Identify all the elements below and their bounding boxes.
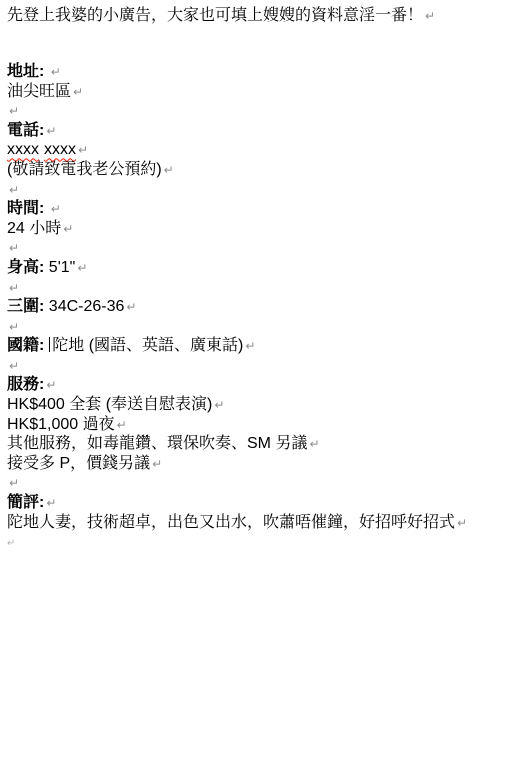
final-mark-line: ↵ [7,532,503,552]
hours-value: 24 小時 [7,220,61,237]
address-value-line: 油尖旺區↵ [7,82,503,102]
nationality-line: 國籍: 陀地 (國語、英語、廣東話)↵ [7,336,503,356]
nationality-label: 國籍: [7,337,49,354]
hours-label: 時間: [7,200,49,217]
height-value: 5'1" [44,259,75,276]
service-item-line: 其他服務，如毒龍鑽、環保吹奏、SM 另議↵ [7,434,503,454]
review-text: 陀地人妻，技術超卓，出色又出水，吹蕭唔催鐘，好招呼好招式 [7,514,455,531]
paragraph-mark: ↵ [9,320,19,334]
paragraph-mark: ↵ [126,300,136,314]
paragraph-mark: ↵ [309,437,319,451]
paragraph-mark: ↵ [117,418,127,432]
paragraph-mark: ↵ [77,261,87,275]
blank-line: ↵ [7,238,503,258]
paragraph-mark: ↵ [152,457,162,471]
document-page[interactable]: ↵ 先登上我婆的小廣告，大家也可填上嫂嫂的資料意淫一番！↵ 地址: ↵ 油尖旺區… [0,0,511,766]
top-clipped-paragraph-mark: ↵ [8,0,18,4]
paragraph-mark: ↵ [9,183,19,197]
paragraph-mark: ↵ [46,378,56,392]
misspelled-word: xxxx [44,141,76,158]
paragraph-mark: ↵ [51,202,61,216]
paragraph-mark: ↵ [9,359,19,373]
blank-line: ↵ [7,101,503,121]
measurements-value: 34C-26-36 [44,298,124,315]
paragraph-mark: ↵ [9,281,19,295]
paragraph-mark: ↵ [245,339,255,353]
paragraph-mark: ↵ [214,398,224,412]
paragraph-mark: ↵ [46,124,56,138]
phone-label-line: 電話:↵ [7,121,503,141]
paragraph-mark: ↵ [51,65,61,79]
service-item-line: 接受多 P，價錢另議↵ [7,454,503,474]
service-item: HK$1,000 過夜 [7,416,115,433]
misspelled-word: xxxx [7,141,39,158]
paragraph-mark: ↵ [78,143,88,157]
address-label-line: 地址: ↵ [7,62,503,82]
paragraph-mark: ↵ [46,496,56,510]
blank-line: ↵ [7,356,503,376]
address-label: 地址: [7,63,49,80]
intro-text: 先登上我婆的小廣告，大家也可填上嫂嫂的資料意淫一番！ [7,7,423,24]
address-value: 油尖旺區 [7,83,71,100]
blank-line: ↵ [7,180,503,200]
text-cursor [49,337,51,352]
paragraph-mark: ↵ [63,222,73,236]
final-paragraph-mark: ↵ [7,538,15,549]
intro-line: 先登上我婆的小廣告，大家也可填上嫂嫂的資料意淫一番！↵ [7,6,503,26]
review-text-line: 陀地人妻，技術超卓，出色又出水，吹蕭唔催鐘，好招呼好招式↵ [7,513,503,533]
service-item-line: HK$1,000 過夜↵ [7,415,503,435]
measurements-line: 三圍: 34C-26-36↵ [7,297,503,317]
review-label: 簡評: [7,494,44,511]
paragraph-mark: ↵ [9,241,19,255]
height-line: 身高: 5'1"↵ [7,258,503,278]
blank-line: ↵ [7,278,503,298]
paragraph-mark: ↵ [9,476,19,490]
services-label: 服務: [7,376,44,393]
blank-line: ↵ [7,473,503,493]
blank-line: ↵ [7,317,503,337]
paragraph-mark: ↵ [425,9,435,23]
services-label-line: 服務:↵ [7,375,503,395]
phone-label: 電話: [7,122,44,139]
nationality-value: 陀地 (國語、英語、廣東話) [52,337,243,354]
phone-note-line: (敬請致電我老公預約)↵ [7,160,503,180]
review-label-line: 簡評:↵ [7,493,503,513]
service-item-line: HK$400 全套 (奉送自慰表演)↵ [7,395,503,415]
height-label: 身高: [7,259,44,276]
measurements-label: 三圍: [7,298,44,315]
service-item: 其他服務，如毒龍鑽、環保吹奏、SM 另議 [7,435,307,452]
paragraph-mark: ↵ [73,85,83,99]
paragraph-spacing [7,26,503,62]
paragraph-mark: ↵ [9,104,19,118]
service-item: HK$400 全套 (奉送自慰表演) [7,396,212,413]
hours-value-line: 24 小時↵ [7,219,503,239]
paragraph-mark: ↵ [164,163,174,177]
paragraph-mark: ↵ [457,516,467,530]
hours-label-line: 時間: ↵ [7,199,503,219]
phone-number-line: xxxxxxxx↵ [7,140,503,160]
phone-note: (敬請致電我老公預約) [7,161,162,178]
service-item: 接受多 P，價錢另議 [7,455,150,472]
